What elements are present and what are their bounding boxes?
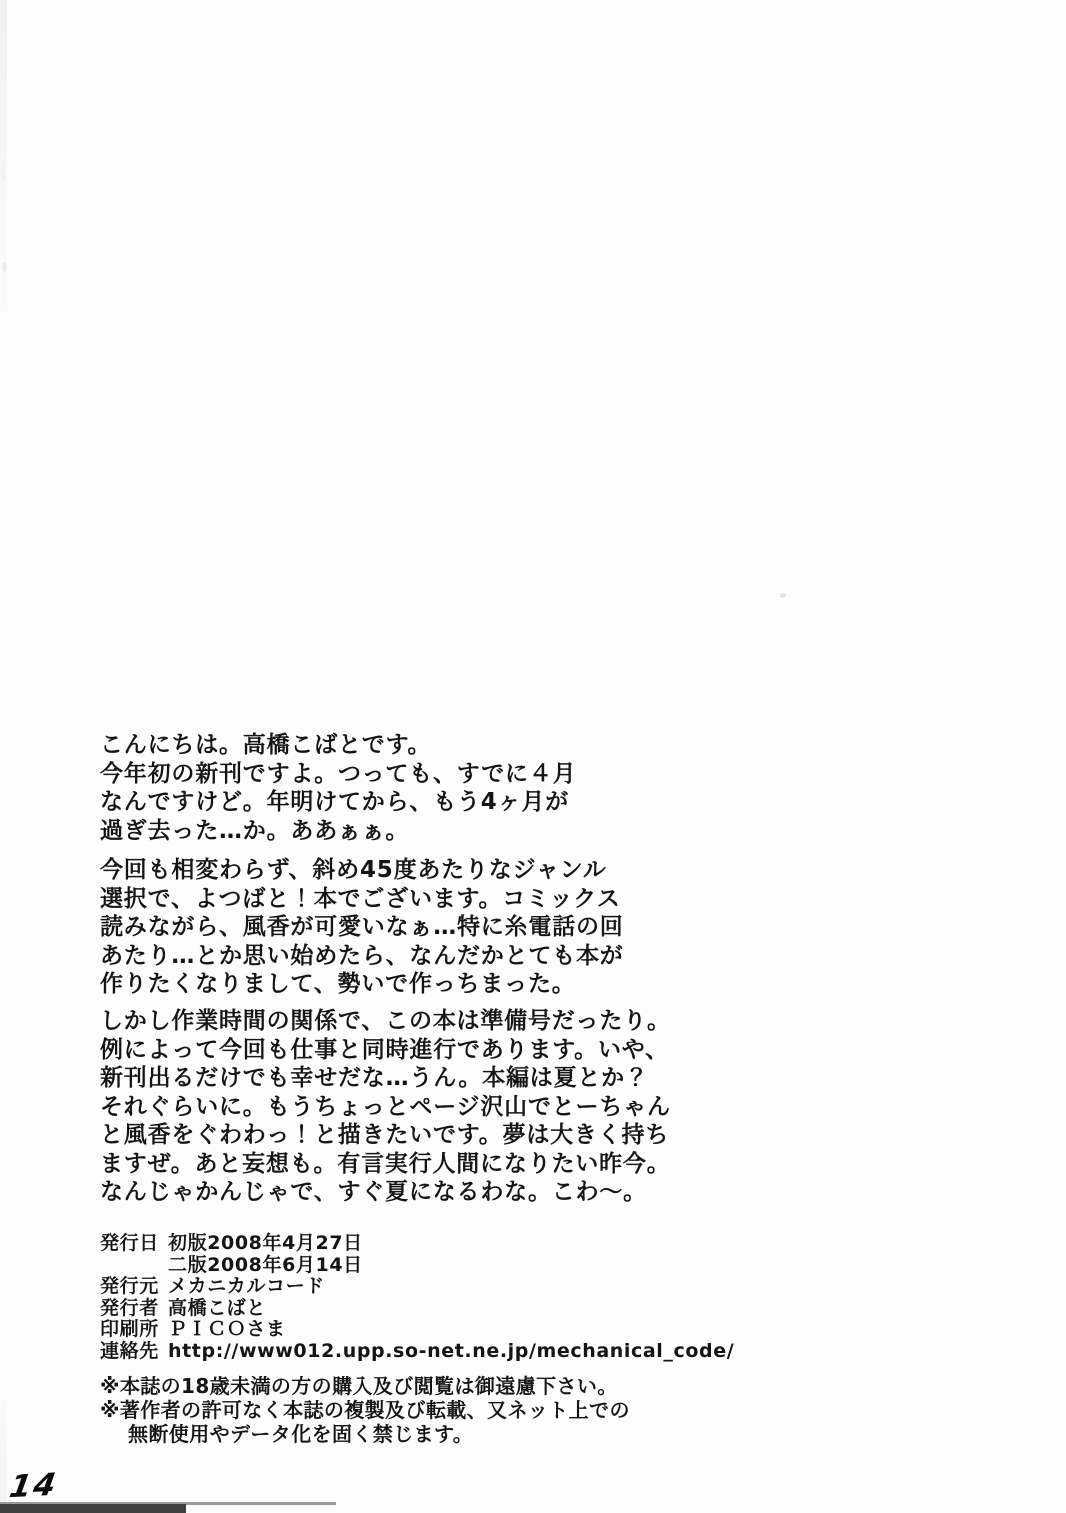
notices: ※本誌の18歳未満の方の購入及び閲覧は御遠慮下さい。 ※著作者の許可なく本誌の複… xyxy=(100,1374,630,1446)
colophon-row-second-printing: 二版2008年6月14日 xyxy=(100,1255,734,1277)
text-line: 例によって今回も仕事と同時進行であります。いや、 xyxy=(100,1036,671,1065)
scan-speck xyxy=(780,593,786,598)
text-line: それぐらいに。もうちょっとページ沢山でとーちゃん xyxy=(100,1093,671,1122)
text-line: 新刊出るだけでも幸せだな…うん。本編は夏とか？ xyxy=(100,1064,671,1093)
colophon-label: 印刷所 xyxy=(100,1319,168,1341)
colophon-row-contact-url: 連絡先 http://www012.upp.so-net.ne.jp/mecha… xyxy=(100,1341,734,1363)
contact-url-text: http://www012.upp.so-net.ne.jp/mechanica… xyxy=(168,1341,734,1363)
text-line: 今年初の新刊ですよ。つっても、すでに４月 xyxy=(100,760,576,789)
afterword-paragraph-greeting: こんにちは。高橋こばとです。 今年初の新刊ですよ。つっても、すでに４月 なんです… xyxy=(100,731,576,845)
colophon-row-publish-date: 発行日 初版2008年4月27日 xyxy=(100,1233,734,1255)
text-line: こんにちは。高橋こばとです。 xyxy=(100,731,576,760)
text-line: と風香をぐわわっ！と描きたいです。夢は大きく持ち xyxy=(100,1121,671,1150)
notice-age-restriction: ※本誌の18歳未満の方の購入及び閲覧は御遠慮下さい。 xyxy=(100,1374,630,1398)
colophon-value: 初版2008年4月27日 xyxy=(168,1233,363,1255)
scan-bottom-bar xyxy=(0,1504,186,1513)
text-line: 過ぎ去った…か。ああぁぁ。 xyxy=(100,817,576,846)
colophon-value: 高橋こばと xyxy=(168,1298,266,1320)
text-line: なんじゃかんじゃで、すぐ夏になるわな。こわ～。 xyxy=(100,1178,671,1207)
text-line: 選択で、よつばと！本でございます。コミックス xyxy=(100,885,624,914)
colophon-value: 二版2008年6月14日 xyxy=(168,1255,363,1277)
scanned-afterword-page: こんにちは。高橋こばとです。 今年初の新刊ですよ。つっても、すでに４月 なんです… xyxy=(0,0,1066,1513)
colophon-value: メカニカルコード xyxy=(168,1276,325,1298)
colophon-row-author: 発行者 高橋こばと xyxy=(100,1298,734,1320)
text-line: 今回も相変わらず、斜め45度あたりなジャンル xyxy=(100,856,624,885)
text-line: 読みながら、風香が可愛いなぁ…特に糸電話の回 xyxy=(100,913,624,942)
notice-copyright: ※著作者の許可なく本誌の複製及び転載、又ネット上での xyxy=(100,1398,630,1422)
afterword-paragraph-production: しかし作業時間の関係で、この本は準備号だったり。 例によって今回も仕事と同時進行… xyxy=(100,1007,671,1207)
colophon-label: 発行元 xyxy=(100,1276,168,1298)
colophon-row-publisher-circle: 発行元 メカニカルコード xyxy=(100,1276,734,1298)
scan-speck xyxy=(2,262,7,272)
scan-speck xyxy=(1,160,5,182)
scan-left-edge-shadow xyxy=(0,0,7,1513)
text-line: しかし作業時間の関係で、この本は準備号だったり。 xyxy=(100,1007,671,1036)
text-line: あたり…とか思い始めたら、なんだかとても本が xyxy=(100,942,624,971)
text-line: 作りたくなりまして、勢いで作っちまった。 xyxy=(100,970,624,999)
colophon: 発行日 初版2008年4月27日 二版2008年6月14日 発行元 メカニカルコ… xyxy=(100,1233,734,1362)
colophon-label xyxy=(100,1255,168,1277)
colophon-value: ＰＩＣＯさま xyxy=(168,1319,286,1341)
colophon-label: 連絡先 xyxy=(100,1341,168,1363)
colophon-label: 発行者 xyxy=(100,1298,168,1320)
afterword-paragraph-genre: 今回も相変わらず、斜め45度あたりなジャンル 選択で、よつばと！本でございます。… xyxy=(100,856,624,999)
text-line: なんですけど。年明けてから、もう4ヶ月が xyxy=(100,788,576,817)
notice-copyright-continued: 無断使用やデータ化を固く禁じます。 xyxy=(100,1422,630,1446)
colophon-row-printer: 印刷所 ＰＩＣＯさま xyxy=(100,1319,734,1341)
page-number: 14 xyxy=(7,1467,60,1505)
text-line: ますぜ。あと妄想も。有言実行人間になりたい昨今。 xyxy=(100,1150,671,1179)
colophon-label: 発行日 xyxy=(100,1233,168,1255)
